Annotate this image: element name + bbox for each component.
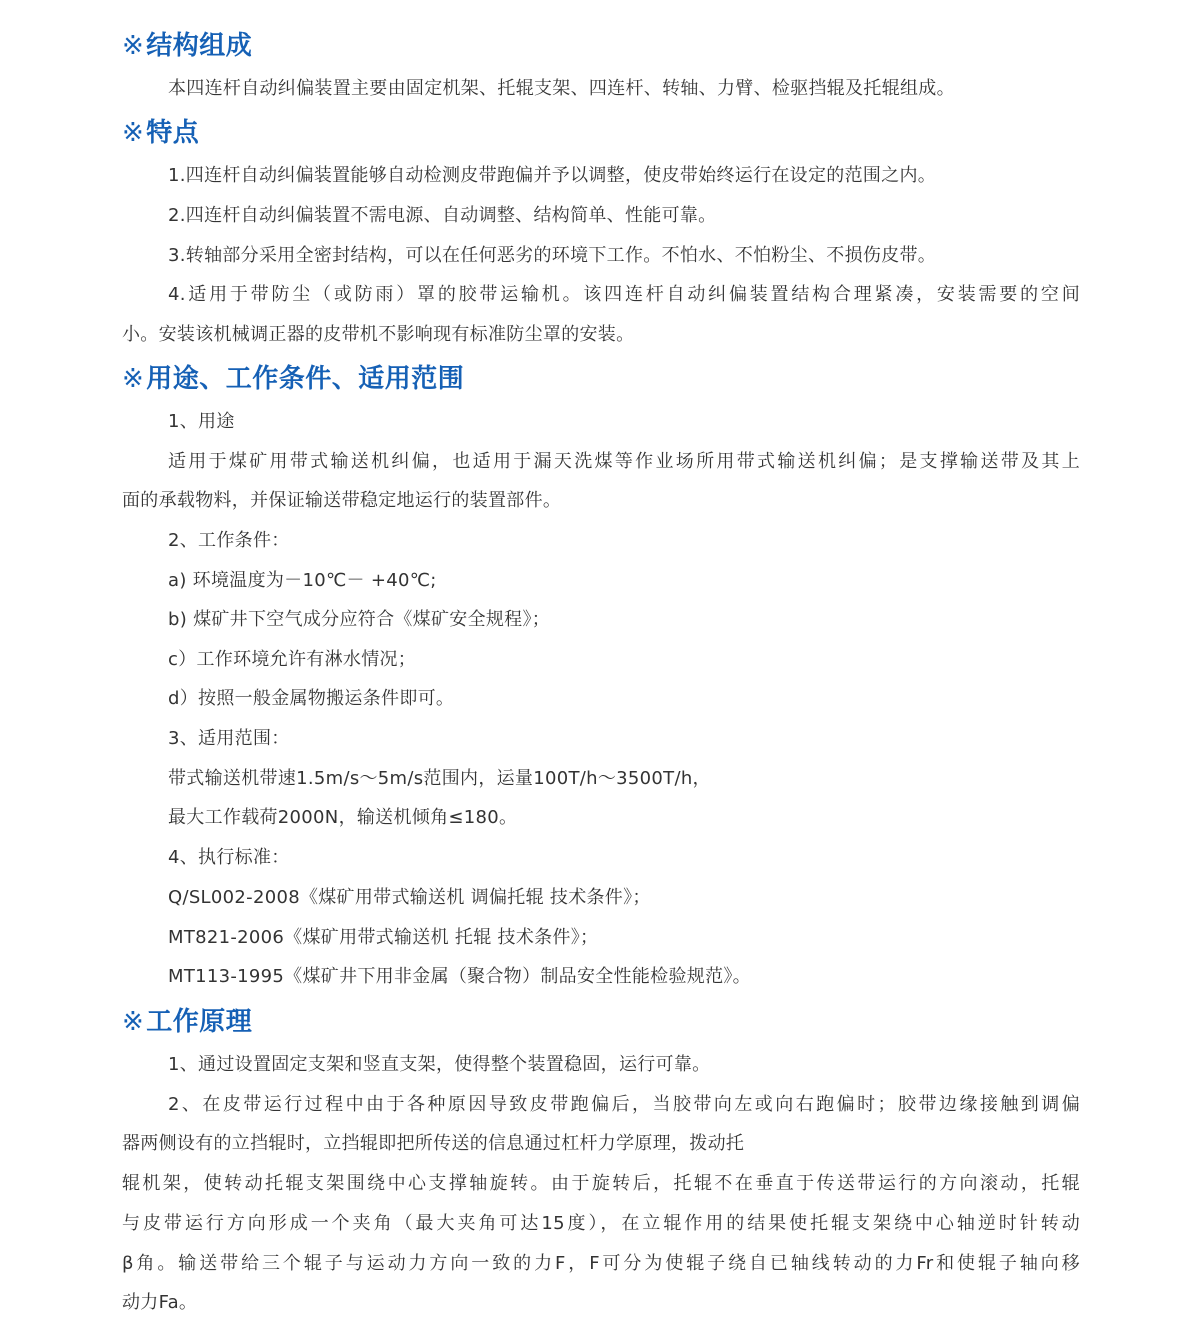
reference-mark-icon: ※ — [122, 364, 144, 394]
section-heading-structure: ※结构组成 — [122, 28, 252, 64]
feature-item-4: 4.适用于带防尘（或防雨）罩的胶带运输机。该四连杆自动纠偏装置结构合理紧凑，安装… — [168, 280, 1080, 310]
subheading-usage: 1、用途 — [168, 407, 1080, 437]
principle-item-2-cont: 辊机架，使转动托辊支架围绕中心支撑轴旋转。由于旋转后，托辊不在垂直于传送带运行的… — [122, 1169, 1080, 1199]
section-heading-working-principle: ※工作原理 — [122, 1004, 252, 1040]
section-title: 特点 — [146, 118, 199, 148]
principle-item-2: 2、在皮带运行过程中由于各种原因导致皮带跑偏后，当胶带向左或向右跑偏时；胶带边缘… — [168, 1090, 1080, 1120]
feature-item-3: 3.转轴部分采用全密封结构，可以在任何恶劣的环境下工作。不怕水、不怕粉尘、不损伤… — [168, 241, 1080, 271]
feature-item-4-cont: 小。安装该机械调正器的皮带机不影响现有标准防尘罩的安装。 — [122, 320, 1080, 350]
feature-item-1: 1.四连杆自动纠偏装置能够自动检测皮带跑偏并予以调整，使皮带始终运行在设定的范围… — [168, 161, 1080, 191]
section-heading-usage-conditions-scope: ※用途、工作条件、适用范围 — [122, 361, 464, 397]
reference-mark-icon: ※ — [122, 31, 144, 61]
condition-b: b) 煤矿井下空气成分应符合《煤矿安全规程》； — [168, 605, 1080, 635]
scope-load-angle: 最大工作载荷2000N，输送机倾角≤180。 — [168, 803, 1080, 833]
principle-item-1: 1、通过设置固定支架和竖直支架，使得整个装置稳固，运行可靠。 — [168, 1050, 1080, 1080]
standard-item: MT821-2006《煤矿用带式输送机 托辊 技术条件》； — [168, 923, 1080, 953]
section-title: 工作原理 — [146, 1007, 252, 1037]
usage-text-cont: 面的承载物料，并保证输送带稳定地运行的装置部件。 — [122, 486, 1080, 516]
usage-text: 适用于煤矿用带式输送机纠偏，也适用于漏天洗煤等作业场所用带式输送机纠偏；是支撑输… — [168, 447, 1080, 477]
standard-item: Q/SL002-2008《煤矿用带式输送机 调偏托辊 技术条件》； — [168, 883, 1080, 913]
paragraph-line: 本四连杆自动纠偏装置主要由固定机架、托辊支架、四连杆、转轴、力臂、检驱挡辊及托辊… — [168, 74, 1080, 104]
condition-d: d）按照一般金属物搬运条件即可。 — [168, 684, 1080, 714]
principle-item-2-cont: 动力Fa。 — [122, 1288, 1080, 1318]
scope-speed-capacity: 带式输送机带速1.5m/s～5m/s范围内，运量100T/h～3500T/h， — [168, 764, 1080, 794]
feature-item-2: 2.四连杆自动纠偏装置不需电源、自动调整、结构简单、性能可靠。 — [168, 201, 1080, 231]
section-title: 用途、工作条件、适用范围 — [146, 364, 464, 394]
subheading-work-conditions: 2、工作条件： — [168, 526, 1080, 556]
principle-item-2-cont: 与皮带运行方向形成一个夹角（最大夹角可达15度），在立辊作用的结果使托辊支架绕中… — [122, 1209, 1080, 1239]
condition-a: a) 环境温度为－10℃－ +40℃; — [168, 566, 1080, 596]
condition-c: c）工作环境允许有淋水情况； — [168, 645, 1080, 675]
reference-mark-icon: ※ — [122, 118, 144, 148]
principle-item-2-cont: β角。输送带给三个辊子与运动力方向一致的力F，F可分为使辊子绕自已轴线转动的力F… — [122, 1249, 1080, 1279]
section-title: 结构组成 — [146, 31, 252, 61]
section-heading-features: ※特点 — [122, 115, 199, 151]
principle-item-2-cont: 器两侧设有的立挡辊时，立挡辊即把所传送的信息通过杠杆力学原理，拨动托 — [122, 1129, 1080, 1159]
reference-mark-icon: ※ — [122, 1007, 144, 1037]
subheading-scope: 3、适用范围： — [168, 724, 1080, 754]
standard-item: MT113-1995《煤矿井下用非金属（聚合物）制品安全性能检验规范》。 — [168, 962, 1080, 992]
subheading-standards: 4、执行标准： — [168, 843, 1080, 873]
